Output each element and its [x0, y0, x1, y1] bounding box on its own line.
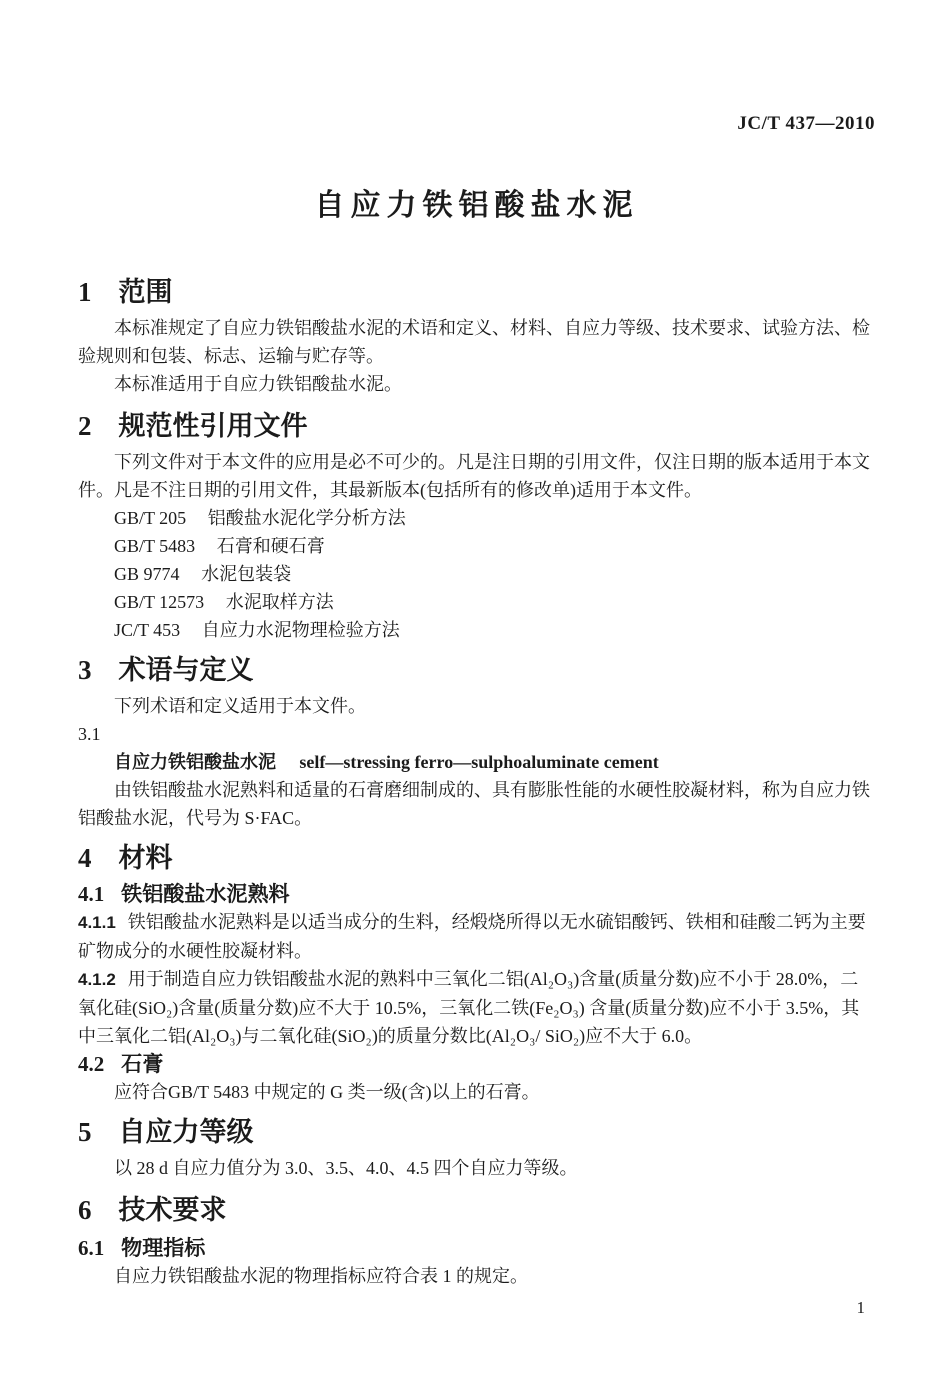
clause-4-1-1: 4.1.1铁铝酸盐水泥熟料是以适当成分的生料，经煅烧所得以无水硫铝酸钙、铁相和硅… — [78, 908, 875, 965]
section-4-2-text: 应符合GB/T 5483 中规定的 G 类一级(含)以上的石膏。 — [78, 1078, 875, 1106]
reference-code: JC/T 453 — [114, 620, 180, 640]
reference-item: GB 9774水泥包装袋 — [114, 560, 875, 588]
section-6-1-heading: 6.1物理指标 — [78, 1234, 875, 1262]
clause-4-1-2: 4.1.2用于制造自应力铁铝酸盐水泥的熟料中三氧化二铝(Al₂O₃)含量(质量分… — [78, 965, 875, 1050]
clause-4-1-2-text: 用于制造自应力铁铝酸盐水泥的熟料中三氧化二铝(Al₂O₃)含量(质量分数)应不小… — [78, 969, 859, 1046]
term-name-english: self—stressing ferro—sulphoaluminate cem… — [299, 752, 658, 772]
term-definition-heading: 自应力铁铝酸盐水泥self—stressing ferro—sulphoalum… — [78, 748, 875, 776]
section-4-2-title: 石膏 — [121, 1052, 163, 1076]
reference-title: 水泥取样方法 — [226, 592, 334, 612]
section-4-title: 材料 — [119, 843, 173, 873]
section-5-title: 自应力等级 — [119, 1117, 254, 1147]
reference-code: GB 9774 — [114, 564, 180, 584]
reference-list: GB/T 205铝酸盐水泥化学分析方法 GB/T 5483石膏和硬石膏 GB 9… — [78, 504, 875, 644]
reference-title: 铝酸盐水泥化学分析方法 — [208, 508, 406, 528]
section-3-number: 3 — [78, 655, 92, 685]
reference-title: 水泥包装袋 — [201, 564, 291, 584]
section-5-number: 5 — [78, 1117, 92, 1147]
section-4-1-heading: 4.1铁铝酸盐水泥熟料 — [78, 880, 875, 908]
section-5-text: 以 28 d 自应力值分为 3.0、3.5、4.0、4.5 四个自应力等级。 — [78, 1154, 875, 1182]
section-1-heading: 1范围 — [78, 278, 875, 306]
section-6-heading: 6技术要求 — [78, 1196, 875, 1224]
section-6-1-title: 物理指标 — [121, 1236, 205, 1260]
section-4-1-number: 4.1 — [78, 882, 104, 906]
section-1-title: 范围 — [119, 277, 173, 307]
reference-item: GB/T 205铝酸盐水泥化学分析方法 — [114, 504, 875, 532]
section-3-heading: 3术语与定义 — [78, 656, 875, 684]
reference-code: GB/T 5483 — [114, 536, 195, 556]
section-4-number: 4 — [78, 843, 92, 873]
section-2-number: 2 — [78, 411, 92, 441]
document-title: 自应力铁铝酸盐水泥 — [78, 184, 875, 228]
scope-paragraph-1: 本标准规定了自应力铁铝酸盐水泥的术语和定义、材料、自应力等级、技术要求、试验方法… — [78, 314, 875, 370]
section-6-1-text: 自应力铁铝酸盐水泥的物理指标应符合表 1 的规定。 — [78, 1262, 875, 1290]
reference-item: GB/T 5483石膏和硬石膏 — [114, 532, 875, 560]
scope-paragraph-2: 本标准适用于自应力铁铝酸盐水泥。 — [78, 370, 875, 398]
reference-code: GB/T 205 — [114, 508, 186, 528]
term-name-chinese: 自应力铁铝酸盐水泥 — [114, 752, 276, 772]
clause-4-1-2-number: 4.1.2 — [78, 970, 116, 989]
section-4-1-title: 铁铝酸盐水泥熟料 — [121, 882, 289, 906]
reference-title: 自应力水泥物理检验方法 — [202, 620, 400, 640]
term-item-number: 3.1 — [78, 720, 875, 748]
section-4-2-heading: 4.2石膏 — [78, 1050, 875, 1078]
section-2-heading: 2规范性引用文件 — [78, 412, 875, 440]
clause-4-1-1-text: 铁铝酸盐水泥熟料是以适当成分的生料，经煅烧所得以无水硫铝酸钙、铁相和硅酸二钙为主… — [78, 912, 866, 961]
section-2-title: 规范性引用文件 — [119, 411, 308, 441]
section-6-1-number: 6.1 — [78, 1236, 104, 1260]
document-page: JC/T 437—2010 自应力铁铝酸盐水泥 1范围 本标准规定了自应力铁铝酸… — [0, 0, 950, 1387]
section-3-title: 术语与定义 — [119, 655, 254, 685]
reference-item: GB/T 12573水泥取样方法 — [114, 588, 875, 616]
section-4-2-number: 4.2 — [78, 1052, 104, 1076]
page-number: 1 — [857, 1296, 866, 1320]
reference-title: 石膏和硬石膏 — [217, 536, 325, 556]
references-intro: 下列文件对于本文件的应用是必不可少的。凡是注日期的引用文件，仅注日期的版本适用于… — [78, 448, 875, 504]
reference-item: JC/T 453自应力水泥物理检验方法 — [114, 616, 875, 644]
section-1-number: 1 — [78, 277, 92, 307]
section-6-title: 技术要求 — [119, 1195, 227, 1225]
terms-intro: 下列术语和定义适用于本文件。 — [78, 692, 875, 720]
section-5-heading: 5自应力等级 — [78, 1118, 875, 1146]
section-6-number: 6 — [78, 1195, 92, 1225]
reference-code: GB/T 12573 — [114, 592, 204, 612]
clause-4-1-1-number: 4.1.1 — [78, 913, 116, 932]
standard-code: JC/T 437—2010 — [78, 112, 875, 136]
section-4-heading: 4材料 — [78, 844, 875, 872]
term-definition-text: 由铁铝酸盐水泥熟料和适量的石膏磨细制成的、具有膨胀性能的水硬性胶凝材料，称为自应… — [78, 776, 875, 832]
